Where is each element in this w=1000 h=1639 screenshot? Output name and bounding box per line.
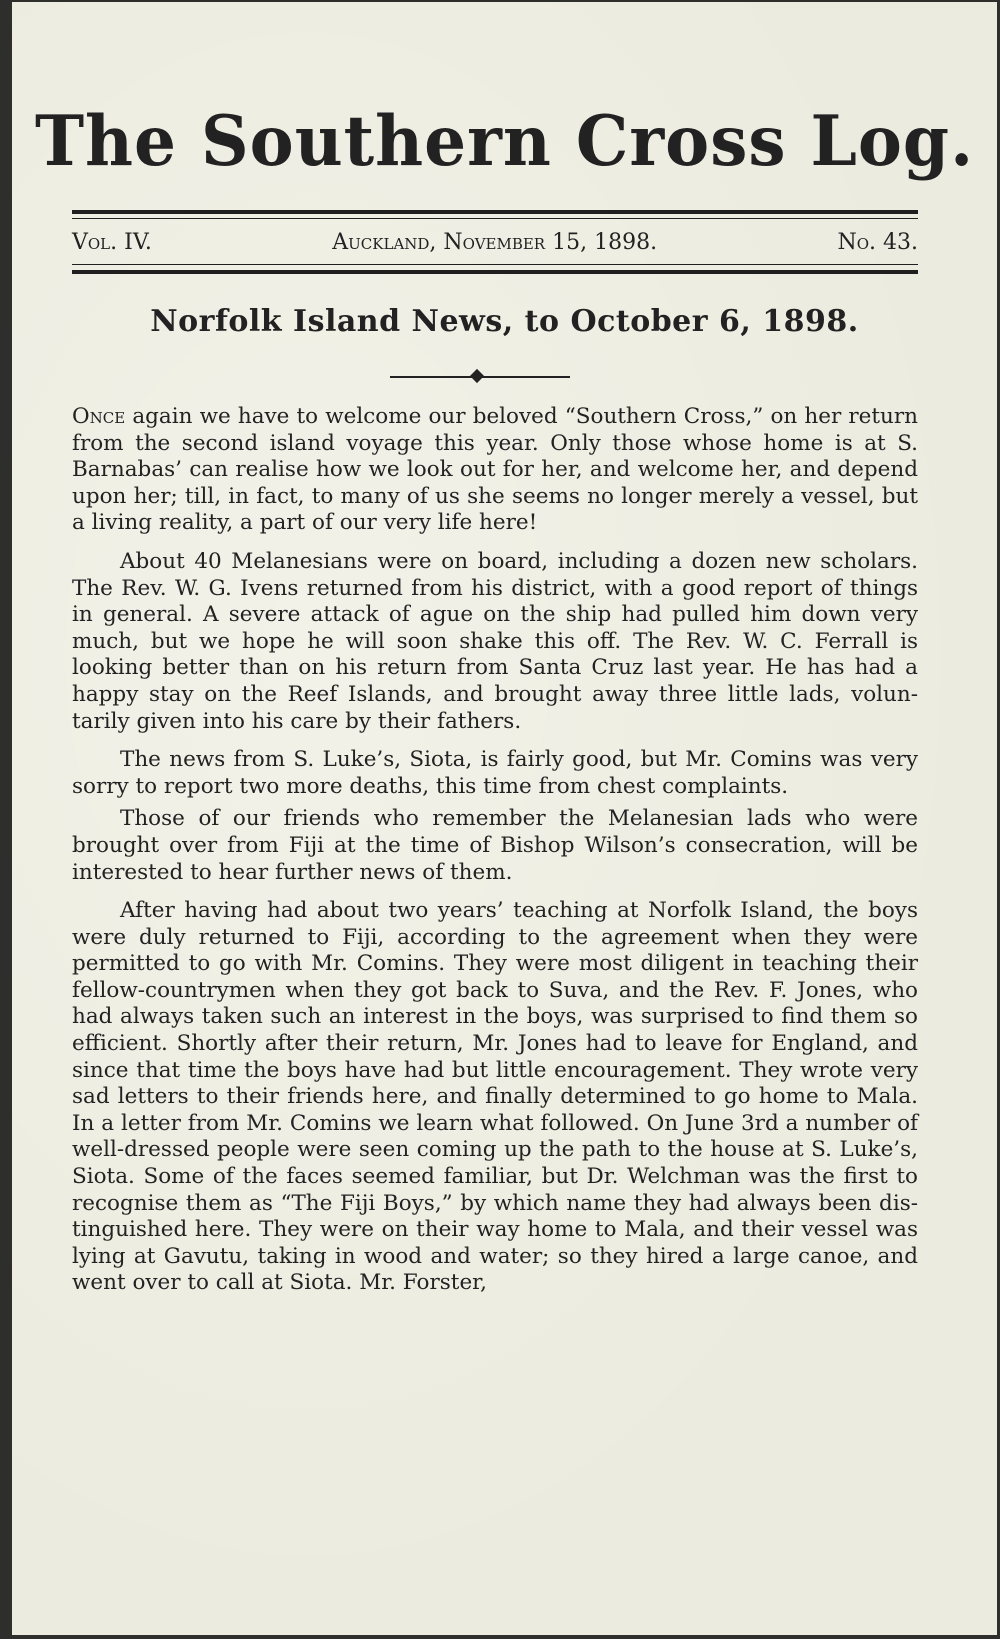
masthead-rule-thin-top (72, 218, 918, 219)
place-date-label: Auckland, November 15, 1898. (332, 230, 657, 255)
masthead-title: The Southern Cross Log. (12, 100, 997, 182)
article-title: Norfolk Island News, to October 6, 1898. (12, 304, 997, 339)
issue-info-row: Vol. IV. Auckland, November 15, 1898. No… (72, 224, 918, 260)
paragraph-1-text: again we have to welcome our beloved “So… (72, 404, 918, 535)
issue-rule-thin-bottom (72, 264, 918, 265)
paragraph-3: The news from S. Luke’s, Siota, is fairl… (72, 747, 918, 800)
paragraph-2: About 40 Melanesians were on board, incl… (72, 549, 918, 735)
issue-rule-thick-bottom (72, 270, 918, 274)
masthead-rule-thick-top (72, 210, 918, 214)
newspaper-page: The Southern Cross Log. Vol. IV. Aucklan… (12, 2, 997, 1635)
article-body: Once again we have to welcome our belove… (72, 404, 918, 1309)
divider-ornament-icon (390, 370, 570, 384)
ornament-diamond-icon (470, 369, 484, 383)
paragraph-1: Once again we have to welcome our belove… (72, 404, 918, 537)
issue-number-label: No. 43. (837, 230, 918, 255)
paragraph-4: Those of our friends who remember the Me… (72, 806, 918, 886)
paragraph-5: After having had about two years’ teachi… (72, 898, 918, 1297)
volume-label: Vol. IV. (72, 230, 152, 255)
drop-word: Once (72, 404, 125, 429)
